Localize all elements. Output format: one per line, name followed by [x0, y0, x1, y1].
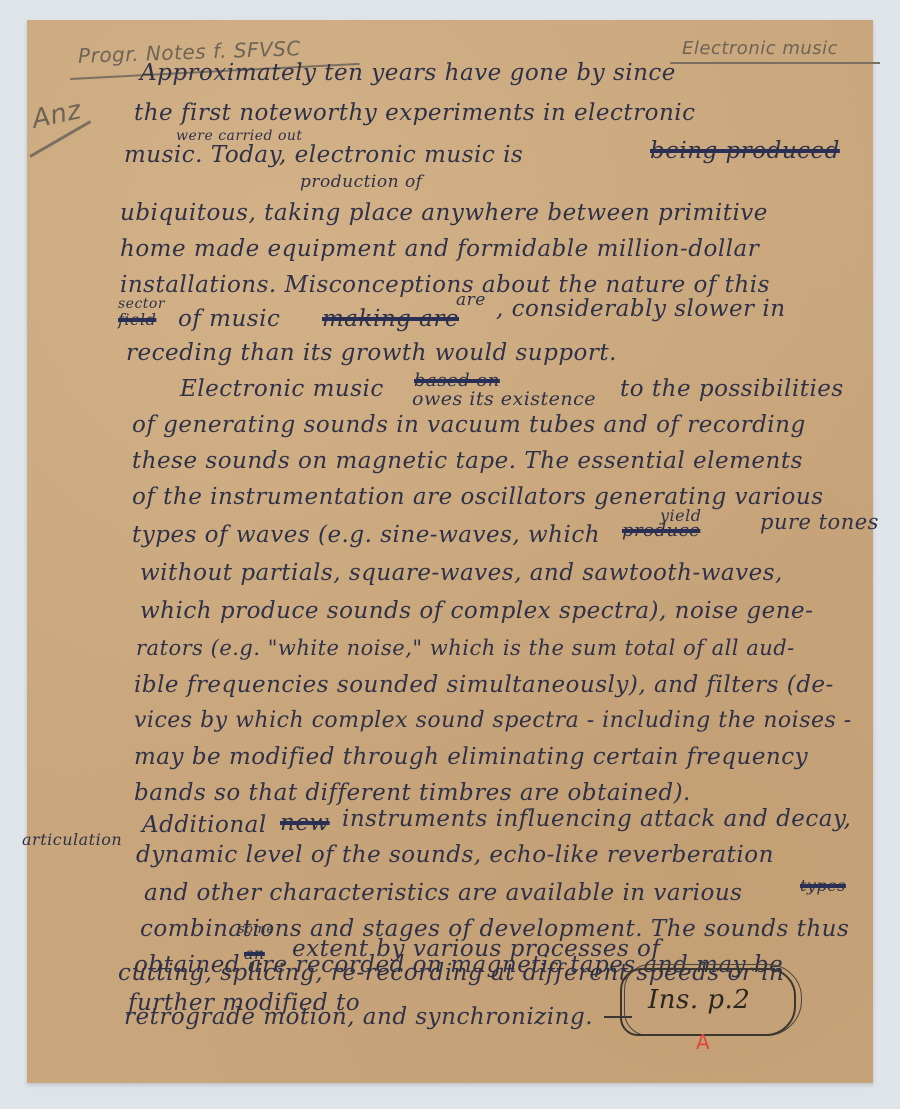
text-line-3: music. Today, electronic music is — [124, 142, 523, 168]
text-line-28: retrograde motion, and synchronizing. — [124, 1004, 593, 1030]
insert-owes-existence: owes its existence — [412, 388, 596, 410]
text-considerably-slower: , considerably slower in — [496, 296, 786, 322]
text-line-10: of generating sounds in vacuum tubes and… — [132, 412, 806, 438]
struck-new: new — [280, 810, 330, 836]
text-line-14: without partials, square-waves, and sawt… — [140, 560, 783, 586]
insertion-note: Ins. p.2 — [648, 985, 750, 1015]
text-line-6: installations. Misconceptions about the … — [120, 272, 770, 298]
text-line-15: which produce sounds of complex spectra)… — [140, 598, 813, 624]
margin-articulation: articulation — [22, 830, 122, 849]
text-line-23: and other characteristics are available … — [144, 880, 742, 906]
struck-being-produced: being produced — [650, 138, 840, 164]
text-line-5: home made equipment and formidable milli… — [120, 236, 759, 262]
text-line-13: types of waves (e.g. sine-waves, which — [132, 522, 600, 548]
text-line-19: may be modified through eliminating cert… — [134, 744, 808, 770]
text-to-the-possibilities: to the possibilities — [620, 376, 844, 402]
header-right-note: Electronic music — [682, 38, 838, 59]
text-line-18: vices by which complex sound spectra - i… — [134, 708, 852, 733]
header-right-underline — [670, 62, 880, 64]
text-line-7: of music — [178, 306, 280, 332]
text-line-22: dynamic level of the sounds, echo-like r… — [136, 842, 774, 868]
red-archive-mark: A — [696, 1030, 710, 1054]
text-extent-rest: extent by various processes of — [292, 936, 660, 962]
text-line-21: Additional — [142, 812, 267, 838]
text-line-11: these sounds on magnetic tape. The essen… — [132, 448, 803, 474]
struck-making-are: making are — [322, 306, 459, 332]
text-line-1: Approximately ten years have gone by sin… — [140, 60, 676, 86]
text-line-16: rators (e.g. "white noise," which is the… — [136, 636, 795, 660]
text-line-4: ubiquitous, taking place anywhere betwee… — [120, 200, 768, 226]
struck-field: field — [118, 310, 156, 329]
insert-some: some — [238, 922, 275, 937]
text-instruments-influencing: instruments influencing attack and decay… — [342, 806, 851, 832]
struck-types: types — [800, 876, 846, 895]
text-line-2: the first noteworthy experiments in elec… — [134, 100, 696, 126]
text-line-20: bands so that different timbres are obta… — [134, 780, 691, 806]
text-pure-tones: pure tones — [760, 510, 879, 534]
text-line-17: ible frequencies sounded simultaneously)… — [134, 672, 834, 698]
insert-production-of: production of — [300, 172, 422, 192]
text-line-9: Electronic music — [180, 376, 384, 402]
text-line-8: receding than its growth would support. — [126, 340, 617, 366]
struck-produce: produce — [622, 520, 700, 541]
text-line-12: of the instrumentation are oscillators g… — [132, 484, 824, 510]
insert-are: are — [456, 290, 486, 310]
